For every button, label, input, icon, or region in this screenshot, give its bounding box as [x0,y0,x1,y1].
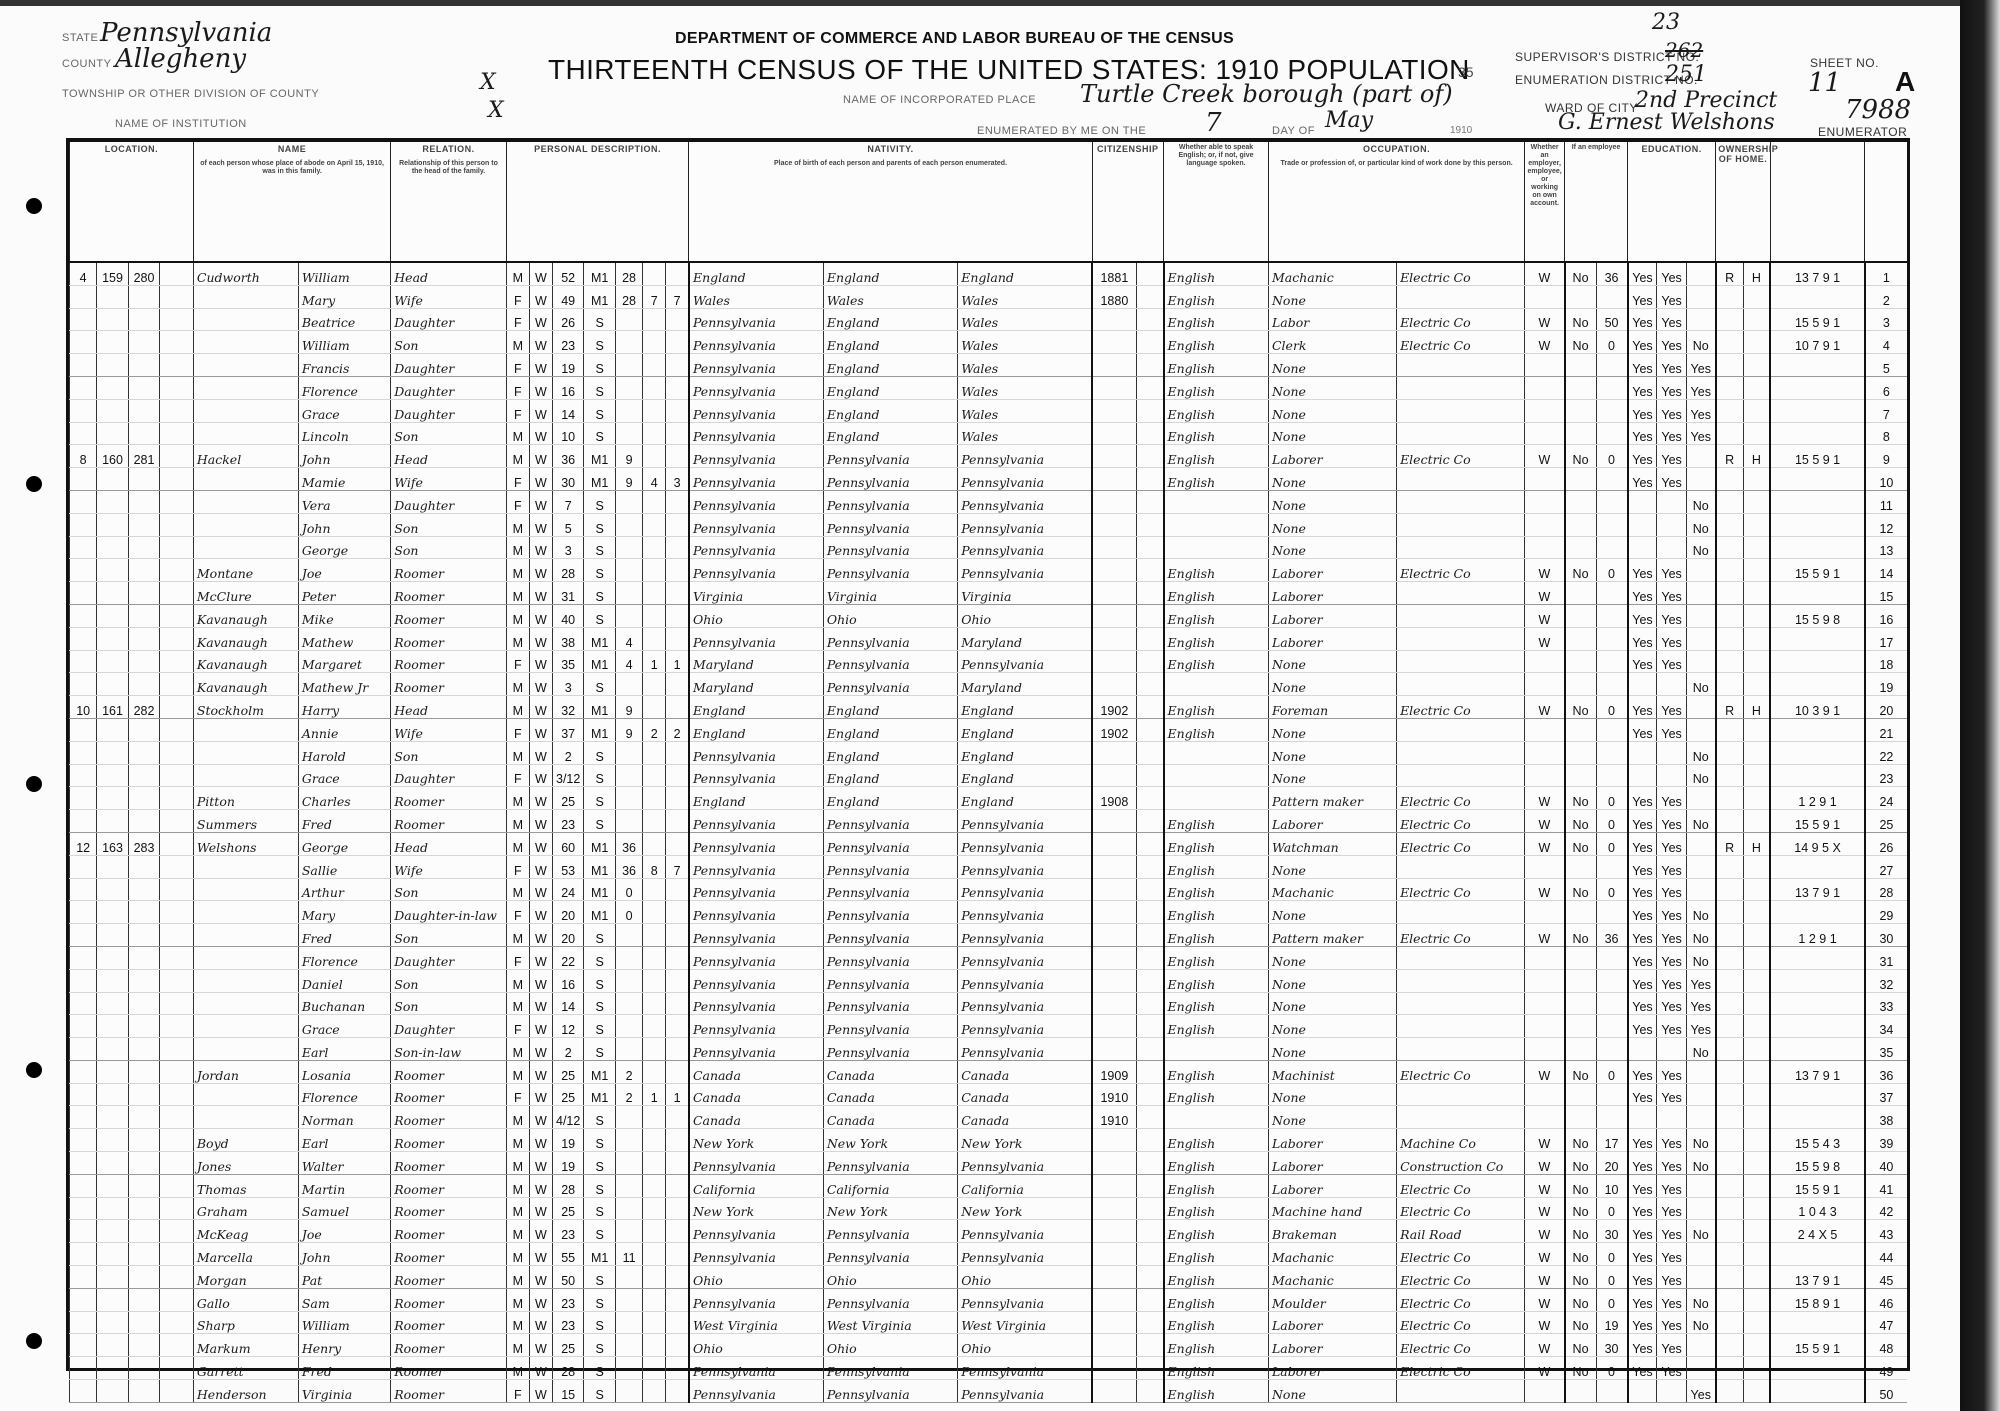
cell-years [615,1311,642,1334]
cell-imm [1092,1288,1136,1311]
cell-empty [1136,741,1163,764]
cell-lang: English [1164,445,1269,468]
cell-marital: S [584,331,615,354]
cell-weeks [1596,969,1628,992]
cell-relation: Roomer [391,787,506,810]
cell-years [615,1129,642,1152]
cell-living [666,1311,689,1334]
col-location: LOCATION. [70,142,194,262]
cell-bp: California [689,1174,823,1197]
cell-industry [1397,604,1525,627]
cell-imm [1092,308,1136,331]
cell-emp: W [1525,924,1565,947]
title-page-ref: 35 [1458,64,1474,80]
cell-house [97,468,128,491]
cell-race: W [529,262,552,285]
cell-weeks [1596,764,1628,787]
cell-oow [1565,513,1596,536]
cell-own [1716,741,1743,764]
cell-empty [160,1380,194,1403]
cell-given: Henry [298,1334,390,1357]
cell-weeks [1596,399,1628,422]
cell-emp [1525,1015,1565,1038]
cell-race: W [529,901,552,924]
cell-house [97,855,128,878]
cell-age: 28 [552,559,583,582]
cell-family [128,969,159,992]
cell-weeks: 0 [1596,878,1628,901]
enumerator-name: G. Ernest Welshons [1558,110,1775,135]
cell-oow [1565,741,1596,764]
cell-race: W [529,1106,552,1129]
cell-school [1686,832,1715,855]
cell-family [128,1334,159,1357]
cell-race: W [529,673,552,696]
cell-bf: Wales [823,285,957,308]
cell-bf: Ohio [823,1266,957,1289]
cell-read: Yes [1628,1357,1657,1380]
cell-bm: Pennsylvania [958,1015,1092,1038]
cell-read: Yes [1628,354,1657,377]
cell-school: No [1686,513,1715,536]
cell-bm: Pennsylvania [958,513,1092,536]
table-row: 12163283WelshonsGeorgeHeadMW60M136Pennsy… [70,832,1908,855]
cell-family [128,787,159,810]
punch-hole [26,476,42,492]
cell-dwelling [70,1334,97,1357]
cell-born [643,308,666,331]
cell-school: Yes [1686,969,1715,992]
cell-surname: McClure [193,582,298,605]
cell-born [643,1174,666,1197]
cell-emp: W [1525,604,1565,627]
cell-line: 30 [1865,924,1907,947]
cell-emp [1525,673,1565,696]
cell-empty [160,354,194,377]
cell-weeks [1596,604,1628,627]
cell-surname: Morgan [193,1266,298,1289]
cell-code [1770,1106,1864,1129]
cell-home [1743,399,1770,422]
cell-code [1770,468,1864,491]
cell-surname [193,878,298,901]
cell-bm: Pennsylvania [958,946,1092,969]
cell-read: Yes [1628,650,1657,673]
cell-trade: None [1268,513,1396,536]
cell-surname [193,422,298,445]
cell-home [1743,490,1770,513]
cell-relation: Roomer [391,1357,506,1380]
cell-empty [160,490,194,513]
cell-line: 14 [1865,559,1907,582]
cell-house [97,741,128,764]
cell-sex: M [506,1334,529,1357]
cell-code: 13 7 9 1 [1770,1266,1864,1289]
cell-living [666,1197,689,1220]
cell-bp: Maryland [689,673,823,696]
cell-bp: Pennsylvania [689,445,823,468]
table-row: KavanaughMathewRoomerMW38M14Pennsylvania… [70,627,1908,650]
cell-surname [193,285,298,308]
cell-weeks: 17 [1596,1129,1628,1152]
table-row: BoydEarlRoomerMW19SNew YorkNew YorkNew Y… [70,1129,1908,1152]
cell-line: 37 [1865,1083,1907,1106]
cell-oow: No [1565,878,1596,901]
cell-emp: W [1525,1174,1565,1197]
cell-given: Peter [298,582,390,605]
cell-bf: Pennsylvania [823,513,957,536]
cell-imm [1092,1380,1136,1403]
cell-read: Yes [1628,445,1657,468]
cell-write: Yes [1657,696,1686,719]
cell-race: W [529,1334,552,1357]
cell-empty [1136,855,1163,878]
cell-born [643,513,666,536]
cell-read: Yes [1628,969,1657,992]
cell-bm: England [958,741,1092,764]
cell-empty [160,376,194,399]
cell-years [615,1334,642,1357]
cell-years [615,741,642,764]
cell-bm: Pennsylvania [958,1038,1092,1061]
cell-lang [1164,490,1269,513]
cell-emp [1525,901,1565,924]
cell-family [128,1266,159,1289]
cell-write: Yes [1657,810,1686,833]
cell-school [1686,1334,1715,1357]
cell-marital: S [584,969,615,992]
cell-school [1686,1060,1715,1083]
cell-given: Mamie [298,468,390,491]
cell-own [1716,399,1743,422]
cell-own: R [1716,832,1743,855]
cell-race: W [529,787,552,810]
cell-relation: Roomer [391,1220,506,1243]
cell-home [1743,1266,1770,1289]
cell-lang: English [1164,718,1269,741]
cell-own [1716,1334,1743,1357]
cell-age: 23 [552,1220,583,1243]
cell-industry: Electric Co [1397,1311,1525,1334]
cell-line: 28 [1865,878,1907,901]
scan-edge-top [0,0,2000,6]
cell-race: W [529,559,552,582]
cell-surname: McKeag [193,1220,298,1243]
cell-empty [1136,422,1163,445]
cell-race: W [529,718,552,741]
cell-imm [1092,445,1136,468]
cell-imm [1092,650,1136,673]
cell-bm: Maryland [958,627,1092,650]
cell-bm: Wales [958,308,1092,331]
cell-oow: No [1565,331,1596,354]
cell-house [97,718,128,741]
cell-family [128,1380,159,1403]
table-row: ThomasMartinRoomerMW28SCaliforniaCalifor… [70,1174,1908,1197]
cell-dwelling [70,1243,97,1266]
cell-bp: Pennsylvania [689,490,823,513]
cell-sex: M [506,1060,529,1083]
cell-empty [1136,285,1163,308]
cell-oow [1565,399,1596,422]
cell-family [128,490,159,513]
cell-bm: Ohio [958,604,1092,627]
cell-line: 4 [1865,331,1907,354]
table-row: EarlSon-in-lawMW2SPennsylvaniaPennsylvan… [70,1038,1908,1061]
cell-given: Grace [298,1015,390,1038]
table-row: MorganPatRoomerMW50SOhioOhioOhioEnglishM… [70,1266,1908,1289]
cell-relation: Roomer [391,1334,506,1357]
cell-race: W [529,969,552,992]
cell-family [128,810,159,833]
cell-lang [1164,764,1269,787]
cell-empty [160,1083,194,1106]
cell-read [1628,490,1657,513]
cell-bf: Pennsylvania [823,1015,957,1038]
cell-weeks [1596,627,1628,650]
cell-bf: Canada [823,1106,957,1129]
cell-school [1686,1083,1715,1106]
cell-write: Yes [1657,1334,1686,1357]
cell-line: 11 [1865,490,1907,513]
cell-dwelling: 12 [70,832,97,855]
cell-age: 50 [552,1266,583,1289]
cell-school: No [1686,490,1715,513]
cell-trade: Machanic [1268,1243,1396,1266]
cell-industry [1397,285,1525,308]
col-line-numbers [1865,142,1907,262]
cell-oow [1565,422,1596,445]
cell-surname [193,992,298,1015]
cell-home [1743,536,1770,559]
cell-write: Yes [1657,1060,1686,1083]
cell-oow [1565,354,1596,377]
cell-industry [1397,399,1525,422]
cell-code: 10 3 9 1 [1770,696,1864,719]
cell-weeks [1596,422,1628,445]
cell-bp: Pennsylvania [689,969,823,992]
cell-race: W [529,445,552,468]
cell-house [97,399,128,422]
cell-trade: None [1268,399,1396,422]
cell-weeks [1596,992,1628,1015]
cell-born [643,1129,666,1152]
cell-weeks: 0 [1596,445,1628,468]
cell-bp: Ohio [689,1334,823,1357]
cell-industry: Electric Co [1397,559,1525,582]
cell-empty [1136,878,1163,901]
table-row: MarkumHenryRoomerMW25SOhioOhioOhioEnglis… [70,1334,1908,1357]
cell-school: No [1686,1220,1715,1243]
cell-sex: F [506,354,529,377]
cell-write: Yes [1657,901,1686,924]
cell-living [666,924,689,947]
cell-bp: Canada [689,1060,823,1083]
cell-trade: None [1268,1083,1396,1106]
cell-empty [160,513,194,536]
cell-family [128,604,159,627]
cell-marital: S [584,536,615,559]
cell-own [1716,787,1743,810]
cell-write: Yes [1657,308,1686,331]
table-row: FlorenceRoomerFW25M1211CanadaCanadaCanad… [70,1083,1908,1106]
cell-empty [160,331,194,354]
cell-emp: W [1525,1060,1565,1083]
cell-bp: Pennsylvania [689,513,823,536]
cell-age: 24 [552,878,583,901]
cell-empty [160,924,194,947]
cell-imm [1092,627,1136,650]
cell-lang [1164,741,1269,764]
cell-bp: Pennsylvania [689,832,823,855]
cell-imm [1092,1243,1136,1266]
cell-read: Yes [1628,901,1657,924]
cell-sex: F [506,399,529,422]
cell-empty [1136,308,1163,331]
cell-race: W [529,468,552,491]
cell-write [1657,536,1686,559]
cell-lang: English [1164,1243,1269,1266]
cell-family [128,582,159,605]
cell-family [128,376,159,399]
cell-own [1716,308,1743,331]
cell-relation: Roomer [391,559,506,582]
cell-school [1686,262,1715,285]
cell-bm: England [958,696,1092,719]
cell-given: Mary [298,285,390,308]
cell-living [666,969,689,992]
cell-code: 1 2 9 1 [1770,924,1864,947]
cell-emp: W [1525,627,1565,650]
cell-house [97,946,128,969]
cell-given: Arthur [298,878,390,901]
cell-living [666,308,689,331]
cell-empty [160,1152,194,1175]
cell-code: 15 5 9 1 [1770,559,1864,582]
cell-years [615,1038,642,1061]
cell-weeks: 36 [1596,924,1628,947]
cell-write [1657,764,1686,787]
cell-family [128,878,159,901]
cell-house [97,354,128,377]
cell-emp [1525,536,1565,559]
cell-bf: England [823,308,957,331]
cell-own [1716,490,1743,513]
cell-industry: Electric Co [1397,262,1525,285]
cell-code [1770,376,1864,399]
cell-house [97,536,128,559]
cell-line: 27 [1865,855,1907,878]
cell-house [97,513,128,536]
cell-marital: M1 [584,832,615,855]
cell-line: 21 [1865,718,1907,741]
cell-years [615,969,642,992]
cell-write [1657,1380,1686,1403]
cell-age: 25 [552,1334,583,1357]
cell-weeks: 36 [1596,262,1628,285]
cell-age: 37 [552,718,583,741]
cell-industry [1397,627,1525,650]
cell-bp: Virginia [689,582,823,605]
cell-trade: None [1268,1106,1396,1129]
cell-lang: English [1164,878,1269,901]
cell-age: 26 [552,308,583,331]
cell-empty [1136,262,1163,285]
cell-dwelling [70,1174,97,1197]
cell-house [97,1311,128,1334]
cell-lang: English [1164,1015,1269,1038]
cell-relation: Son [391,924,506,947]
cell-empty [1136,1288,1163,1311]
cell-surname: Pitton [193,787,298,810]
cell-own [1716,992,1743,1015]
cell-imm [1092,582,1136,605]
cell-home [1743,627,1770,650]
cell-years [615,331,642,354]
cell-dwelling [70,1311,97,1334]
county-value: Allegheny [115,44,246,74]
cell-age: 20 [552,924,583,947]
cell-emp [1525,992,1565,1015]
cell-empty [160,468,194,491]
cell-emp: W [1525,1311,1565,1334]
cell-dwelling [70,559,97,582]
cell-family [128,1152,159,1175]
cell-age: 36 [552,445,583,468]
cell-own [1716,627,1743,650]
cell-emp [1525,946,1565,969]
table-row: VeraDaughterFW7SPennsylvaniaPennsylvania… [70,490,1908,513]
cell-given: Sam [298,1288,390,1311]
cell-write: Yes [1657,468,1686,491]
cell-given: Francis [298,354,390,377]
table-row: GeorgeSonMW3SPennsylvaniaPennsylvaniaPen… [70,536,1908,559]
cell-surname [193,901,298,924]
cell-dwelling [70,1197,97,1220]
cell-sex: F [506,1083,529,1106]
cell-marital: S [584,1311,615,1334]
cell-weeks [1596,285,1628,308]
cell-empty [160,696,194,719]
cell-house [97,1197,128,1220]
cell-bp: Pennsylvania [689,627,823,650]
cell-emp [1525,764,1565,787]
table-row: MaryWifeFW49M12877WalesWalesWales1880Eng… [70,285,1908,308]
cell-born [643,1060,666,1083]
cell-marital: S [584,1152,615,1175]
cell-line: 1 [1865,262,1907,285]
cell-bf: Pennsylvania [823,924,957,947]
cell-empty [160,582,194,605]
cell-dwelling: 10 [70,696,97,719]
cell-surname [193,718,298,741]
cell-living [666,422,689,445]
cell-emp: W [1525,262,1565,285]
cell-sex: F [506,468,529,491]
cell-bf: Pennsylvania [823,969,957,992]
cell-age: 15 [552,1380,583,1403]
cell-trade: Machine hand [1268,1197,1396,1220]
cell-dwelling [70,673,97,696]
cell-sex: F [506,490,529,513]
cell-marital: M1 [584,718,615,741]
cell-relation: Head [391,262,506,285]
cell-years [615,1197,642,1220]
cell-bp: Pennsylvania [689,354,823,377]
cell-imm [1092,764,1136,787]
enumeration-value: 251 [1665,62,1707,87]
enumerated-month: May [1325,108,1373,133]
